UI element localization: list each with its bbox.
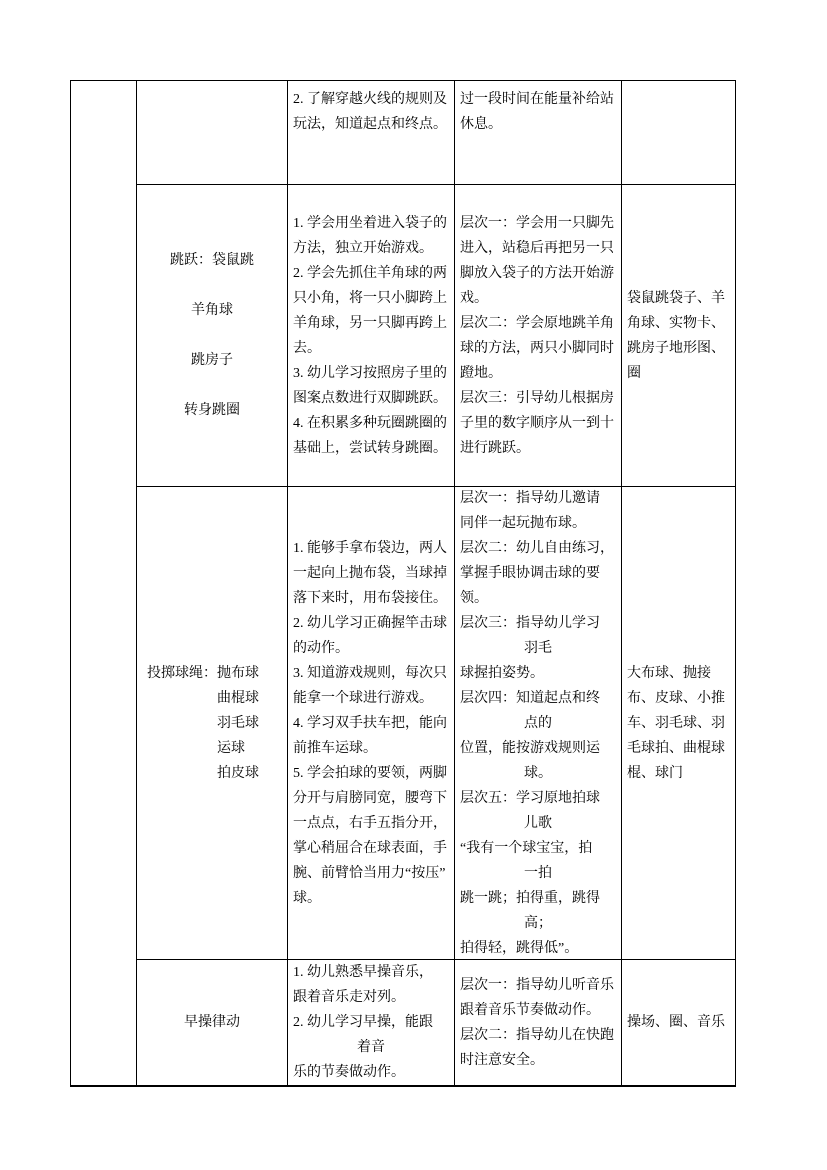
- activity-plan-table: 2. 了解穿越火线的规则及玩法，知道起点和终点。 过一段时间在能量补给站休息。 …: [70, 80, 736, 1087]
- text-line: 转身跳圈: [147, 398, 277, 423]
- cell-r2-goals: 1. 学会用坐着进入袋子的方法，独立开始游戏。2. 学会先抓住羊角球的两只小角，…: [288, 185, 455, 487]
- merged-category-cell: [71, 81, 137, 1085]
- text-line: 袋鼠跳袋子、羊角球、实物卡、跳房子地形图、圈: [627, 286, 730, 386]
- text-line: 层次二：学会原地跳羊角球的方法，两只小脚同时蹬地。: [460, 311, 616, 386]
- text-line: 层次三：引导幼儿根据房子里的数字顺序从一到十进行跳跃。: [460, 386, 616, 461]
- text-line: 4. 学习双手扶车把，能向前推车运球。: [293, 711, 449, 761]
- text-line: 羊角球: [147, 298, 277, 323]
- text-line: 羽毛球: [147, 711, 277, 736]
- text-line: 1. 幼儿熟悉早操音乐，: [293, 960, 449, 985]
- text-line: 一拍: [460, 861, 616, 886]
- cell-r4-activity: 早操律动: [137, 960, 288, 1085]
- cell-r1-materials: [622, 81, 735, 185]
- cell-r2-activity: 跳跃：袋鼠跳羊角球跳房子转身跳圈: [137, 185, 288, 487]
- text-line: 领。: [460, 586, 616, 611]
- text-line: 点的: [460, 711, 616, 736]
- text-line: 层次一：学会用一只脚先进入，站稳后再把另一只脚放入袋子的方法开始游戏。: [460, 211, 616, 311]
- text-line: 3. 知道游戏规则，每次只能拿一个球进行游戏。: [293, 661, 449, 711]
- text-line: 3. 幼儿学习按照房子里的图案点数进行双脚跳跃。: [293, 361, 449, 411]
- text-line: 羽毛: [460, 636, 616, 661]
- text-line: 过一段时间在能量补给站休息。: [460, 87, 616, 137]
- cell-r4-materials: 操场、圈、音乐: [622, 960, 735, 1085]
- text-line: 大布球、抛接布、皮球、小推车、羽毛球、羽毛球拍、曲棍球棍、球门: [627, 661, 730, 786]
- text-line: 层次二：指导幼儿在快跑时注意安全。: [460, 1023, 616, 1073]
- text-line: 跳跃：袋鼠跳: [147, 248, 277, 273]
- text-line: 着音: [293, 1035, 449, 1060]
- text-line: 层次三：指导幼儿学习: [460, 611, 616, 636]
- text-line: 4. 在积累多种玩圈跳圈的基础上，尝试转身跳圈。: [293, 411, 449, 461]
- text-line: 5. 学会拍球的要领，两脚分开与肩膀同宽，腰弯下一点点，右手五指分开，掌心稍屈合…: [293, 761, 449, 911]
- cell-r1-goals: 2. 了解穿越火线的规则及玩法，知道起点和终点。: [288, 81, 455, 185]
- text-line: 跳一跳；拍得重，跳得: [460, 886, 616, 911]
- text-line: 层次四：知道起点和终: [460, 686, 616, 711]
- text-line: 乐的节奏做动作。: [293, 1060, 449, 1085]
- text-line: 位置，能按游戏规则运: [460, 736, 616, 761]
- text-line: 拍得轻，跳得低”。: [460, 936, 616, 961]
- cell-r2-strategies: 层次一：学会用一只脚先进入，站稳后再把另一只脚放入袋子的方法开始游戏。层次二：学…: [455, 185, 622, 487]
- text-line: 拍皮球: [147, 761, 277, 786]
- text-line: “我有一个球宝宝，拍: [460, 836, 616, 861]
- text-line: 高；: [460, 911, 616, 936]
- text-line: 球握拍姿势。: [460, 661, 616, 686]
- text-line: 跟着音乐走对列。: [293, 985, 449, 1010]
- text-line: 球。: [460, 761, 616, 786]
- text-line: 1. 学会用坐着进入袋子的方法，独立开始游戏。: [293, 211, 449, 261]
- text-line: 操场、圈、音乐: [627, 1010, 730, 1035]
- cell-r3-activity: 投掷球绳：抛布球曲棍球羽毛球运球拍皮球: [137, 487, 288, 960]
- cell-r4-strategies: 层次一：指导幼儿听音乐跟着音乐节奏做动作。层次二：指导幼儿在快跑时注意安全。: [455, 960, 622, 1085]
- cell-r4-goals: 1. 幼儿熟悉早操音乐，跟着音乐走对列。2. 幼儿学习早操，能跟着音乐的节奏做动…: [288, 960, 455, 1085]
- text-line: 2. 幼儿学习早操，能跟: [293, 1010, 449, 1035]
- cell-r3-materials: 大布球、抛接布、皮球、小推车、羽毛球、羽毛球拍、曲棍球棍、球门: [622, 487, 735, 960]
- text-line: 同伴一起玩抛布球。: [460, 511, 616, 536]
- text-line: 层次一：指导幼儿听音乐跟着音乐节奏做动作。: [460, 973, 616, 1023]
- text-line: 层次二：幼儿自由练习，: [460, 536, 616, 561]
- cell-r2-materials: 袋鼠跳袋子、羊角球、实物卡、跳房子地形图、圈: [622, 185, 735, 487]
- cell-r3-strategies: 层次一：指导幼儿邀请同伴一起玩抛布球。层次二：幼儿自由练习，掌握手眼协调击球的要…: [455, 487, 622, 960]
- cell-r1-strategies: 过一段时间在能量补给站休息。: [455, 81, 622, 185]
- text-line: 曲棍球: [147, 686, 277, 711]
- text-line: 掌握手眼协调击球的要: [460, 561, 616, 586]
- text-line: 1. 能够手拿布袋边，两人一起向上抛布袋，当球掉落下来时，用布袋接住。: [293, 536, 449, 611]
- text-line: 跳房子: [147, 348, 277, 373]
- text-line: 儿歌: [460, 811, 616, 836]
- text-line: 层次一：指导幼儿邀请: [460, 487, 616, 511]
- text-line: 2. 了解穿越火线的规则及玩法，知道起点和终点。: [293, 87, 449, 137]
- text-line: 2. 幼儿学习正确握竿击球的动作。: [293, 611, 449, 661]
- text-line: 2. 学会先抓住羊角球的两只小角，将一只小脚跨上羊角球，另一只脚再跨上去。: [293, 261, 449, 361]
- text-line: 运球: [147, 736, 277, 761]
- document-page: 2. 了解穿越火线的规则及玩法，知道起点和终点。 过一段时间在能量补给站休息。 …: [0, 0, 827, 1170]
- text-line: 投掷球绳：抛布球: [147, 661, 277, 686]
- cell-r1-activity: [137, 81, 288, 185]
- cell-r3-goals: 1. 能够手拿布袋边，两人一起向上抛布袋，当球掉落下来时，用布袋接住。2. 幼儿…: [288, 487, 455, 960]
- text-line: 早操律动: [147, 1010, 277, 1035]
- text-line: 层次五：学习原地拍球: [460, 786, 616, 811]
